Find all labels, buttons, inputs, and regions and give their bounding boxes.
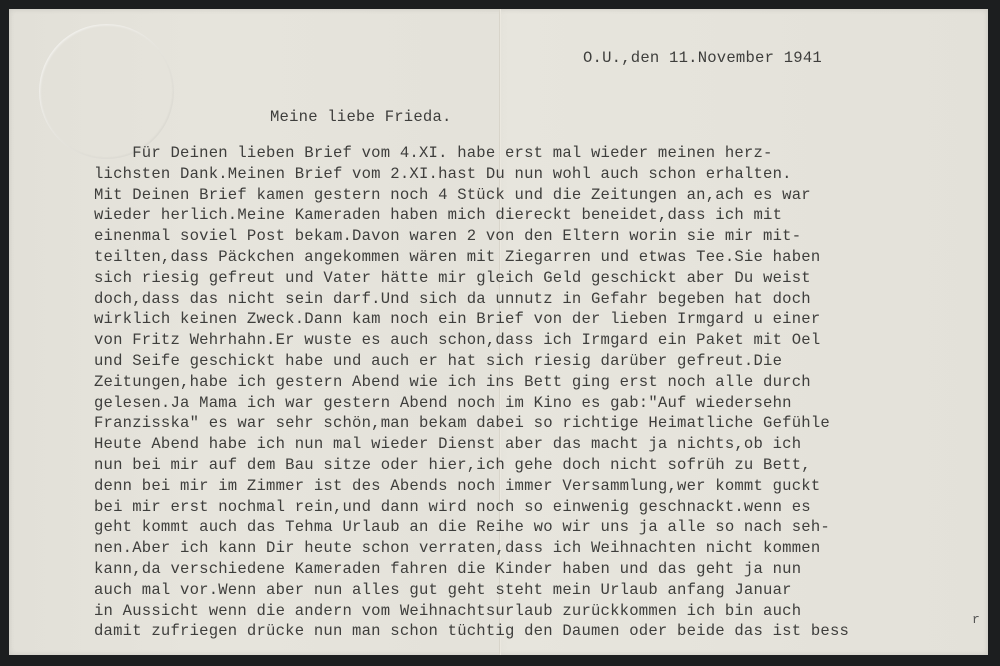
letter-line: lichsten Dank.Meinen Brief vom 2.XI.hast…	[94, 164, 849, 185]
letter-line: und Seife geschickt habe und auch er hat…	[94, 351, 849, 372]
letter-line: Franzisska" es war sehr schön,man bekam …	[94, 413, 849, 434]
letter-line: wirklich keinen Zweck.Dann kam noch ein …	[94, 309, 849, 330]
letter-line: Heute Abend habe ich nun mal wieder Dien…	[94, 434, 849, 455]
letter-line: nun bei mir auf dem Bau sitze oder hier,…	[94, 455, 849, 476]
letter-line: Für Deinen lieben Brief vom 4.XI. habe e…	[94, 143, 849, 164]
letter-line: bei mir erst nochmal rein,und dann wird …	[94, 497, 849, 518]
letter-line: teilten,dass Päckchen angekommen wären m…	[94, 247, 849, 268]
letter-line: in Aussicht wenn die andern vom Weihnach…	[94, 601, 849, 622]
letter-salutation: Meine liebe Frieda.	[270, 108, 452, 126]
letter-line: wieder herlich.Meine Kameraden haben mic…	[94, 205, 849, 226]
letter-line: kann,da verschiedene Kameraden fahren di…	[94, 559, 849, 580]
letter-line: Mit Deinen Brief kamen gestern noch 4 St…	[94, 185, 849, 206]
letter-line: einenmal soviel Post bekam.Davon waren 2…	[94, 226, 849, 247]
letter-line: damit zufriegen drücke nun man schon tüc…	[94, 621, 849, 642]
letter-line: sich riesig gefreut und Vater hätte mir …	[94, 268, 849, 289]
continuation-mark: r	[972, 612, 980, 627]
letter-body: Für Deinen lieben Brief vom 4.XI. habe e…	[94, 143, 849, 642]
letter-date: O.U.,den 11.November 1941	[583, 49, 822, 67]
letter-line: auch mal vor.Wenn aber nun alles gut geh…	[94, 580, 849, 601]
letter-line: von Fritz Wehrhahn.Er wuste es auch scho…	[94, 330, 849, 351]
embossed-seal	[39, 24, 174, 159]
letter-line: denn bei mir im Zimmer ist des Abends no…	[94, 476, 849, 497]
letter-line: nen.Aber ich kann Dir heute schon verrat…	[94, 538, 849, 559]
letter-line: doch,dass das nicht sein darf.Und sich d…	[94, 289, 849, 310]
letter-line: Zeitungen,habe ich gestern Abend wie ich…	[94, 372, 849, 393]
letter-line: gelesen.Ja Mama ich war gestern Abend no…	[94, 393, 849, 414]
letter-line: geht kommt auch das Tehma Urlaub an die …	[94, 517, 849, 538]
